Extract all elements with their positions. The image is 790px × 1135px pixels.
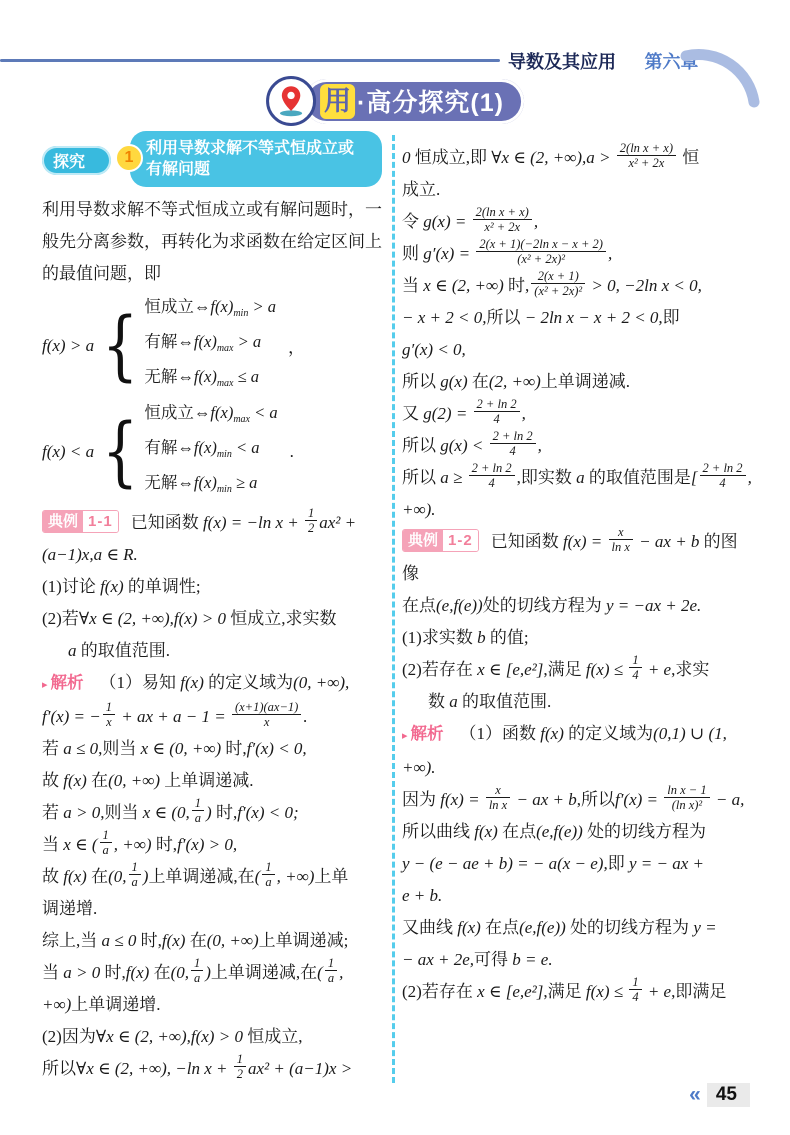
text-segment: ,即满足 <box>671 982 726 1001</box>
example-badge-number: 1-1 <box>83 511 118 532</box>
subscript: min <box>217 449 232 460</box>
example-line: 典例1-1已知函数 f(x) = −ln x + 12ax² + <box>42 507 388 539</box>
text-segment: y − (e − ae + b) = − a(x − e), <box>402 854 608 873</box>
text-segment: 上单调递减. <box>160 771 254 790</box>
analysis-label: 解析 <box>411 725 444 743</box>
text-line: 故 f(x) 在(0,1a)上单调递减,在(1a, +∞)上单 <box>42 861 388 893</box>
text-line: − ax + 2e,可得 b = e. <box>402 944 754 976</box>
text-segment: x ∈ [e,e²] <box>477 660 543 679</box>
cases-row: 有解⇔f(x)min < a <box>144 436 277 467</box>
text-segment: 0 <box>402 148 415 167</box>
text-segment: , +∞) <box>277 867 315 886</box>
text-line: 调递增. <box>42 893 388 925</box>
text-line: +∞). <box>402 752 754 784</box>
text-segment: , <box>608 244 612 263</box>
text-segment: 时, <box>212 803 238 822</box>
text-segment: ,则当 <box>98 739 141 758</box>
text-segment: f(x) < a <box>42 442 94 461</box>
text-segment: 的定义域为 <box>204 673 293 692</box>
text-segment: 处的切线方程为 <box>566 918 694 937</box>
chapter-rule <box>0 59 500 62</box>
text-segment: (a−1)x,a ∈ R. <box>42 545 138 564</box>
text-segment: ,求实 <box>671 660 709 679</box>
text-line: 0 恒成立,即 ∀x ∈ (2, +∞),a > 2(ln x + x)x² +… <box>402 142 754 174</box>
text-segment: f′(x) = − <box>42 707 101 726</box>
text-segment: 的最值问题，即 <box>42 264 161 283</box>
analysis-line: ▸解析（1）函数 f(x) 的定义域为(0,1) ∪ (1, <box>402 718 754 752</box>
fraction: 2(x + 1)(−2ln x − x + 2)(x² + 2x)² <box>476 237 606 267</box>
text-segment: +∞) <box>42 995 71 1014</box>
text-segment: (0,1) ∪ (1, <box>653 724 727 743</box>
fraction: 14 <box>629 975 641 1005</box>
brace: { <box>102 419 138 484</box>
text-segment: , <box>748 468 752 487</box>
text-line: g′(x) < 0, <box>402 334 754 366</box>
text-line: 令 g(x) = 2(ln x + x)x² + 2x, <box>402 206 754 238</box>
fraction: 2 + ln 24 <box>490 429 536 459</box>
fraction: 2 + ln 24 <box>469 461 515 491</box>
text-segment: a ≤ 0 <box>102 931 137 950</box>
text-segment: . <box>303 707 307 726</box>
text-segment: f′(x) = <box>615 790 662 809</box>
cases-lhs: f(x) > a <box>42 336 94 356</box>
text-line: y − (e − ae + b) = − a(x − e),即 y = − ax… <box>402 848 754 880</box>
text-segment: ax² + <box>319 513 356 532</box>
analysis-label: 解析 <box>51 674 84 692</box>
text-segment: y = <box>693 918 716 937</box>
text-segment: , <box>538 436 542 455</box>
text-segment: （1）易知 <box>100 673 181 692</box>
text-segment: f(x) <box>540 724 564 743</box>
text-segment: （1）函数 <box>460 724 541 743</box>
text-segment: 在点 <box>498 822 536 841</box>
text-segment: 已知函数 <box>491 532 563 551</box>
cases-row: 无解⇔f(x)min ≥ a <box>144 471 277 502</box>
column-left: 利用导数求解不等式恒成立或有解问题时，一般先分离参数，再转化为求函数在给定区间上… <box>42 194 388 1085</box>
text-line: 综上,当 a ≤ 0 时,f(x) 在(0, +∞)上单调递减; <box>42 925 388 957</box>
text-segment: f(x) <box>194 473 217 492</box>
text-line: 当 x ∈ (1a, +∞) 时,f′(x) > 0, <box>42 829 388 861</box>
text-segment: f(x) = −ln x + <box>203 513 303 532</box>
text-segment: ( <box>317 963 323 982</box>
text-line: 若 a > 0,则当 x ∈ (0,1a) 时,f′(x) < 0; <box>42 797 388 829</box>
text-segment: , <box>522 404 526 423</box>
text-segment: g′(x) < 0, <box>402 340 466 359</box>
text-line: f′(x) = −1x + ax + a − 1 = (x+1)(ax−1)x. <box>42 701 388 733</box>
corner-arc-decoration <box>674 42 766 114</box>
text-segment: [ <box>691 468 698 487</box>
text-line: 所以 g(x) 在(2, +∞)上单调递减. <box>402 366 754 398</box>
text-segment: (1)讨论 <box>42 577 100 596</box>
text-line: (1)讨论 f(x) 的单调性; <box>42 571 388 603</box>
example-badge: 典例1-1 <box>42 510 119 533</box>
text-segment: 所以 <box>402 436 440 455</box>
text-segment: + e <box>644 660 672 679</box>
text-line: (2)因为∀x ∈ (2, +∞),f(x) > 0 恒成立, <box>42 1021 388 1053</box>
fraction: 1x <box>103 700 115 730</box>
analysis-marker-icon: ▸ <box>402 730 408 742</box>
section-title-line2: 有解问题 <box>146 159 374 180</box>
text-segment: g′(x) = <box>423 244 474 263</box>
cases-row: 无解⇔f(x)max ≤ a <box>144 365 276 396</box>
example-badge-label: 典例 <box>43 511 83 532</box>
text-segment: 上单 <box>314 867 348 886</box>
text-segment: f(x) <box>100 577 124 596</box>
text-segment: 所以 <box>402 468 440 487</box>
cases-row: 有解⇔f(x)max > a <box>144 330 276 361</box>
text-segment: 上单调递减. <box>541 372 630 391</box>
text-segment: (0, +∞) <box>207 931 259 950</box>
text-segment: x ∈ ( <box>63 835 97 854</box>
location-pin-icon <box>266 76 316 126</box>
text-line: 故 f(x) 在(0, +∞) 上单调递减. <box>42 765 388 797</box>
text-segment: 若 <box>42 803 63 822</box>
text-segment: + e <box>644 982 672 1001</box>
text-line: (2)若存在 x ∈ [e,e²],满足 f(x) ≤ 14 + e,即满足 <box>402 976 754 1008</box>
text-segment: 无解⇔ <box>144 367 194 386</box>
fraction: 2 + ln 24 <box>474 397 520 427</box>
text-line: +∞). <box>402 494 754 526</box>
text-segment: f(x) ≤ <box>586 982 627 1001</box>
fraction: ln x − 1(ln x)² <box>664 783 709 813</box>
text-line: 般先分离参数，再转化为求函数在给定区间上 <box>42 226 388 258</box>
text-line: 所以曲线 f(x) 在点(e,f(e)) 处的切线方程为 <box>402 816 754 848</box>
text-segment: ∀x ∈ (2, +∞),f(x) > 0 <box>79 609 226 628</box>
text-segment: f′(x) > 0, <box>177 835 237 854</box>
text-segment: > a <box>248 297 276 316</box>
text-segment: 所以 <box>486 308 524 327</box>
text-segment: e + b. <box>402 886 442 905</box>
text-line: 所以 g(x) < 2 + ln 24, <box>402 430 754 462</box>
text-line: 数 a 的取值范围. <box>402 686 754 718</box>
text-segment: f(x) ≤ <box>586 660 627 679</box>
text-segment: 上单调递减,在 <box>148 867 254 886</box>
text-segment: ∀x ∈ (2, +∞), −ln x + <box>76 1059 232 1078</box>
text-segment: ∀x ∈ (2, +∞),a > <box>491 148 615 167</box>
example-badge-number: 1-2 <box>443 530 478 551</box>
text-line: (a−1)x,a ∈ R. <box>42 539 388 571</box>
text-segment: 的单调性; <box>124 577 201 596</box>
example-badge: 典例1-2 <box>402 529 479 552</box>
text-line: (2)若∀x ∈ (2, +∞),f(x) > 0 恒成立,求实数 <box>42 603 388 635</box>
fraction: 1a <box>129 860 141 890</box>
text-segment: f(x) <box>63 867 87 886</box>
text-segment: 在 <box>468 372 489 391</box>
text-segment: 即 <box>663 308 680 327</box>
analysis-line: ▸解析（1）易知 f(x) 的定义域为(0, +∞), <box>42 667 388 701</box>
text-segment: f(x) <box>194 332 217 351</box>
text-segment: 的取值范围. <box>77 641 171 660</box>
text-segment: > 0, −2ln x < 0, <box>587 276 702 295</box>
text-line: 所以∀x ∈ (2, +∞), −ln x + 12ax² + (a−1)x > <box>42 1053 388 1085</box>
text-segment: a > 0 <box>63 963 100 982</box>
text-segment: − ax + 2e, <box>402 950 474 969</box>
text-segment: 在 <box>149 963 170 982</box>
cases-equation: f(x) > a{恒成立⇔f(x)min > a有解⇔f(x)max > a无解… <box>42 295 388 396</box>
text-segment: 又曲线 <box>402 918 457 937</box>
page-footer: « 45 <box>689 1083 750 1107</box>
text-segment: a ≤ 0 <box>63 739 98 758</box>
text-segment: 上单调递减,在 <box>211 963 317 982</box>
text-segment: 无解⇔ <box>144 473 194 492</box>
text-segment: ∀x ∈ (2, +∞),f(x) > 0 <box>96 1027 243 1046</box>
text-segment: (0, <box>171 963 189 982</box>
text-segment: 上单调递减; <box>259 931 349 950</box>
text-segment: ax² + (a−1)x > <box>248 1059 352 1078</box>
text-line: 成立. <box>402 174 754 206</box>
text-segment: , <box>534 212 538 231</box>
text-segment: 恒 <box>678 148 699 167</box>
text-segment: 当 <box>42 963 63 982</box>
text-segment: ≥ a <box>232 473 258 492</box>
text-segment: 在 <box>87 867 108 886</box>
cases-rows: 恒成立⇔f(x)min > a有解⇔f(x)max > a无解⇔f(x)max … <box>144 295 276 396</box>
fraction: 2(ln x + x)x² + 2x <box>617 141 676 171</box>
text-segment: 调递增. <box>42 899 97 918</box>
text-segment: 故 <box>42 771 63 790</box>
text-segment: x ∈ (0, +∞) <box>141 739 222 758</box>
cases-rows: 恒成立⇔f(x)max < a有解⇔f(x)min < a无解⇔f(x)min … <box>144 401 277 502</box>
text-segment: 故 <box>42 867 63 886</box>
text-segment: ,所以 <box>577 790 615 809</box>
text-line: − x + 2 < 0,所以 − 2ln x − x + 2 < 0,即 <box>402 302 754 334</box>
fraction: xln x <box>486 783 510 813</box>
text-segment: (0, <box>108 867 126 886</box>
text-segment: 成立. <box>402 180 440 199</box>
text-segment: 恒成立, <box>243 1027 303 1046</box>
example-badge-label: 典例 <box>403 530 443 551</box>
text-segment: (0, +∞), <box>293 673 349 692</box>
text-segment: f′(x) < 0, <box>247 739 307 758</box>
cases-tail: ， <box>288 333 305 358</box>
text-segment: 在点 <box>481 918 519 937</box>
text-segment: − x + 2 < 0, <box>402 308 486 327</box>
text-line: 则 g′(x) = 2(x + 1)(−2ln x − x + 2)(x² + … <box>402 238 754 270</box>
footer-chevrons-icon: « <box>689 1083 701 1107</box>
text-segment: 时, <box>152 835 178 854</box>
text-segment: 在 <box>87 771 108 790</box>
text-segment: g(x) < <box>440 436 487 455</box>
text-segment: ( <box>255 867 261 886</box>
cases-lhs: f(x) < a <box>42 442 94 462</box>
text-segment: 利用导数求解不等式恒成立或有解问题时，一 <box>42 200 382 219</box>
banner-highlight: 用 <box>320 84 355 119</box>
text-segment: (2)若存在 <box>402 660 477 679</box>
text-segment: − 2ln x − x + 2 < 0, <box>525 308 663 327</box>
text-segment: 当 <box>402 276 423 295</box>
text-segment: +∞). <box>402 758 436 777</box>
text-segment: a <box>68 641 77 660</box>
text-segment: ,满足 <box>543 982 586 1001</box>
text-line: 利用导数求解不等式恒成立或有解问题时，一 <box>42 194 388 226</box>
fraction: 1a <box>325 956 337 986</box>
text-segment: 时, <box>221 739 247 758</box>
text-segment: f(x) <box>162 931 186 950</box>
text-segment: (2)若 <box>42 609 79 628</box>
text-line: 当 a > 0 时,f(x) 在(0,1a)上单调递减,在(1a, <box>42 957 388 989</box>
text-segment: 又 <box>402 404 423 423</box>
text-segment: f(x) <box>194 438 217 457</box>
text-line: 又 g(2) = 2 + ln 24, <box>402 398 754 430</box>
fraction: (x+1)(ax−1)x <box>232 700 301 730</box>
text-segment: (2)若存在 <box>402 982 477 1001</box>
text-segment: x ∈ (0, <box>143 803 190 822</box>
text-line: (2)若存在 x ∈ [e,e²],满足 f(x) ≤ 14 + e,求实 <box>402 654 754 686</box>
fraction: 1a <box>100 828 112 858</box>
text-segment: 的取值范围. <box>458 692 552 711</box>
text-segment: , +∞) <box>114 835 152 854</box>
text-line: 的最值问题，即 <box>42 258 388 290</box>
fraction: 2 + ln 24 <box>700 461 746 491</box>
fraction: 14 <box>629 653 641 683</box>
text-line: 因为 f(x) = xln x − ax + b,所以f′(x) = ln x … <box>402 784 754 816</box>
text-segment: 恒成立⇔ <box>144 403 210 422</box>
text-segment: x ∈ (2, +∞) <box>423 276 504 295</box>
text-segment: 时, <box>136 931 162 950</box>
text-segment: (e,f(e)) <box>536 822 583 841</box>
text-segment: f(x) <box>210 297 233 316</box>
example-line: 典例1-2已知函数 f(x) = xln x − ax + b 的图像 <box>402 526 754 590</box>
fraction: 1a <box>191 956 203 986</box>
text-segment: (2)因为 <box>42 1027 96 1046</box>
text-line: +∞)上单调递增. <box>42 989 388 1021</box>
text-segment: y = −ax + 2e. <box>606 596 701 615</box>
text-line: 在点(e,f(e))处的切线方程为 y = −ax + 2e. <box>402 590 754 622</box>
fraction: 1a <box>262 860 274 890</box>
text-line: a 的取值范围. <box>42 635 388 667</box>
text-segment: b <box>477 628 486 647</box>
text-segment: (e,f(e)) <box>519 918 566 937</box>
text-segment: f(x) = <box>440 790 484 809</box>
text-segment: ≤ a <box>234 367 260 386</box>
fraction: 1a <box>192 796 204 826</box>
unit-title: 导数及其应用 <box>508 52 616 72</box>
text-segment: 可得 <box>474 950 512 969</box>
text-segment: 的定义域为 <box>564 724 653 743</box>
text-segment: 时, <box>504 276 530 295</box>
text-segment: 的取值范围是 <box>585 468 691 487</box>
text-segment: + ax + a − 1 = <box>117 707 230 726</box>
text-segment: (0, +∞) <box>108 771 160 790</box>
text-segment: − a, <box>712 790 745 809</box>
text-segment: − ax + b <box>512 790 577 809</box>
section-header: 利用导数求解不等式恒成立或 有解问题 探究 1 <box>42 131 388 191</box>
section-badge-number: 1 <box>115 144 143 172</box>
fraction: 12 <box>305 506 317 536</box>
text-segment: 当 <box>42 835 63 854</box>
text-segment: ,则当 <box>100 803 143 822</box>
text-line: 若 a ≤ 0,则当 x ∈ (0, +∞) 时,f′(x) < 0, <box>42 733 388 765</box>
column-right: 0 恒成立,即 ∀x ∈ (2, +∞),a > 2(ln x + x)x² +… <box>402 142 754 1008</box>
text-line: (1)求实数 b 的值; <box>402 622 754 654</box>
cases-row: 恒成立⇔f(x)max < a <box>144 401 277 432</box>
text-segment: 有解⇔ <box>144 332 194 351</box>
text-segment: f(x) <box>126 963 150 982</box>
text-segment: f(x) > a <box>42 336 94 355</box>
text-segment: f′(x) < 0; <box>237 803 298 822</box>
text-segment: , <box>339 963 343 982</box>
fraction: 12 <box>234 1052 246 1082</box>
subscript: max <box>217 343 234 354</box>
fraction: 2(ln x + x)x² + 2x <box>473 205 532 235</box>
text-line: 所以 a ≥ 2 + ln 24,即实数 a 的取值范围是[2 + ln 24, <box>402 462 754 494</box>
text-segment: < a <box>250 403 278 422</box>
brace: { <box>102 313 138 378</box>
text-segment: a <box>449 692 458 711</box>
cases-row: 恒成立⇔f(x)min > a <box>144 295 276 326</box>
text-line: 当 x ∈ (2, +∞) 时,2(x + 1)(x² + 2x)² > 0, … <box>402 270 754 302</box>
text-segment: y = − ax + <box>629 854 704 873</box>
text-segment: 时, <box>100 963 126 982</box>
cases-tail: . <box>290 442 294 462</box>
textbook-page: 导数及其应用 第六章 用 ·高分探究(1) 利用导数求解不等式恒成立或 有解问题… <box>0 0 790 1135</box>
text-segment: g(2) = <box>423 404 471 423</box>
text-line: e + b. <box>402 880 754 912</box>
analysis-marker-icon: ▸ <box>42 679 48 691</box>
text-segment: 上单调递增. <box>71 995 160 1014</box>
text-segment: 恒成立,即 <box>415 148 492 167</box>
text-segment: 恒成立,求实数 <box>226 609 337 628</box>
text-segment: 处的切线方程为 <box>483 596 606 615</box>
text-segment: 所以曲线 <box>402 822 474 841</box>
text-segment: 在点 <box>402 596 436 615</box>
text-segment: f(x) <box>180 673 204 692</box>
text-segment: 即 <box>608 854 629 873</box>
cases-equation: f(x) < a{恒成立⇔f(x)max < a有解⇔f(x)min < a无解… <box>42 401 388 502</box>
text-segment: (1)求实数 <box>402 628 477 647</box>
subscript: min <box>233 308 248 319</box>
text-segment: (2, +∞) <box>489 372 541 391</box>
text-segment: f(x) <box>474 822 498 841</box>
banner-pill: 用 ·高分探究(1) <box>304 79 524 124</box>
banner-title: ·高分探究(1) <box>357 83 504 119</box>
fraction: xln x <box>609 525 633 555</box>
text-segment: − ax + b <box>635 532 700 551</box>
text-segment: ,即实数 <box>517 468 577 487</box>
text-segment: a > 0 <box>63 803 100 822</box>
text-segment: (e,f(e)) <box>436 596 483 615</box>
section-title-line1: 利用导数求解不等式恒成立或 <box>146 138 374 159</box>
text-segment: +∞). <box>402 500 436 519</box>
column-divider <box>392 135 395 1083</box>
text-segment: g(x) <box>440 372 467 391</box>
text-segment: f(x) <box>210 403 233 422</box>
text-segment: f(x) = <box>563 532 607 551</box>
text-segment: ,满足 <box>543 660 586 679</box>
text-segment: 般先分离参数，再转化为求函数在给定区间上 <box>42 232 382 251</box>
text-segment: 数 <box>428 692 449 711</box>
text-segment: 因为 <box>402 790 440 809</box>
banner: 用 ·高分探究(1) <box>266 76 524 126</box>
subscript: min <box>217 484 232 495</box>
chapter-header: 导数及其应用 第六章 <box>508 48 698 74</box>
text-segment: 处的切线方程为 <box>583 822 706 841</box>
text-segment: g(x) = <box>423 212 470 231</box>
section-badge: 探究 <box>42 146 111 175</box>
text-segment: f(x) <box>457 918 481 937</box>
text-segment: f(x) <box>63 771 87 790</box>
text-segment: 的值; <box>486 628 529 647</box>
text-line: 又曲线 f(x) 在点(e,f(e)) 处的切线方程为 y = <box>402 912 754 944</box>
text-segment: 若 <box>42 739 63 758</box>
subscript: max <box>233 414 250 425</box>
text-segment: 恒成立⇔ <box>144 297 210 316</box>
text-segment: 已知函数 <box>131 513 203 532</box>
text-segment: 所以 <box>402 372 440 391</box>
text-segment: 综上,当 <box>42 931 102 950</box>
fraction: 2(x + 1)(x² + 2x)² <box>531 269 585 299</box>
text-segment: 则 <box>402 244 423 263</box>
